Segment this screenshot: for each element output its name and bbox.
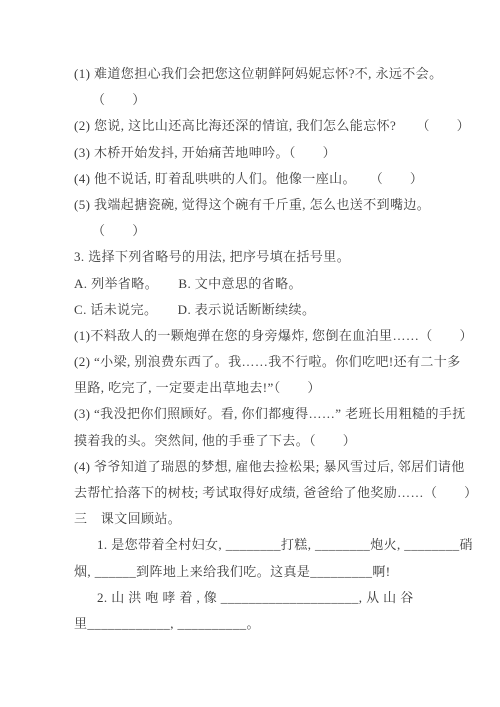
text-line-5: (4) 他不说话, 盯着乱哄哄的人们。他像一座山。 （ ）: [74, 166, 478, 192]
text-line-11: (1)不料敌人的一颗炮弹在您的身旁爆炸, 您倒在血泊里……（ ）: [74, 323, 478, 349]
text-line-7: （ ）: [74, 218, 478, 244]
text-line-18: 三 课文回顾站。: [74, 506, 478, 532]
text-line-16: (4) 爷爷知道了瑞恩的梦想, 雇他去捡松果; 暴风雪过后, 邻居们请他: [74, 454, 478, 480]
text-line-19: 1. 是您带着全村妇女, ________打糕, ________炮火, ___…: [74, 532, 478, 558]
text-line-15: 摸着我的头。突然间, 他的手垂了下去。（ ）: [74, 428, 478, 454]
text-line-9: A. 列举省略。 B. 文中意思的省略。: [74, 271, 478, 297]
document-body: (1) 难道您担心我们会把您这位朝鲜阿妈妮忘怀?不, 永远不会。（ ）(2) 您…: [74, 61, 478, 637]
text-line-20: 烟, ______到阵地上来给我们吃。这真是_________啊!: [74, 559, 478, 585]
text-line-17: 去帮忙拾落下的树枝; 考试取得好成绩, 爸爸给了他奖励……（ ）: [74, 480, 478, 506]
text-line-21: 2. 山 洪 咆 哮 着 , 像 ____________________, 从…: [74, 585, 478, 611]
text-line-6: (5) 我端起搪瓷碗, 觉得这个碗有千斤重, 怎么也送不到嘴边。: [74, 192, 478, 218]
text-line-3: (2) 您说, 这比山还高比海还深的情谊, 我们怎么能忘怀? （ ）: [74, 113, 478, 139]
text-line-10: C. 话未说完。 D. 表示说话断断续续。: [74, 297, 478, 323]
worksheet-page: (1) 难道您担心我们会把您这位朝鲜阿妈妮忘怀?不, 永远不会。（ ）(2) 您…: [0, 0, 500, 707]
text-line-4: (3) 木桥开始发抖, 开始痛苦地呻吟。（ ）: [74, 140, 478, 166]
text-line-22: 里____________, __________。: [74, 611, 478, 637]
text-line-14: (3) “我没把你们照顾好。看, 你们都瘦得……” 老班长用粗糙的手抚: [74, 401, 478, 427]
text-line-12: (2) “小梁, 别浪费东西了。我……我不行啦。你们吃吧!还有二十多: [74, 349, 478, 375]
text-line-2: （ ）: [74, 87, 478, 113]
text-line-1: (1) 难道您担心我们会把您这位朝鲜阿妈妮忘怀?不, 永远不会。: [74, 61, 478, 87]
text-line-13: 里路, 吃完了, 一定要走出草地去!”（ ）: [74, 375, 478, 401]
text-line-8: 3. 选择下列省略号的用法, 把序号填在括号里。: [74, 244, 478, 270]
